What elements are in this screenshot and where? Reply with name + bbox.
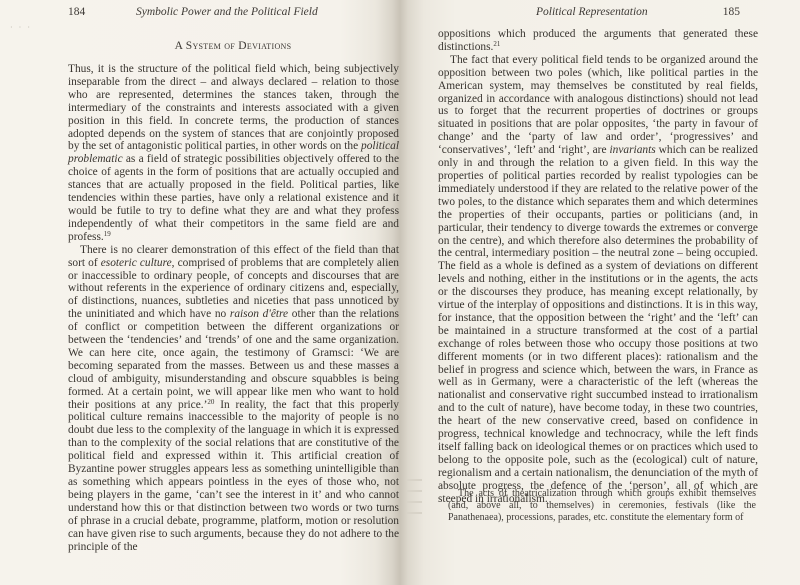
right-body-text: oppositions which produced the arguments… bbox=[438, 28, 758, 506]
paragraph: The fact that every political field tend… bbox=[438, 54, 758, 506]
text-run: The fact that every political field tend… bbox=[438, 54, 758, 156]
footnote-ref: 19 bbox=[104, 230, 111, 238]
running-title: Political Representation bbox=[536, 6, 648, 18]
footnote-ref: 21 bbox=[493, 40, 500, 48]
text-run: Thus, it is the structure of the politic… bbox=[68, 63, 399, 152]
left-body-text: Thus, it is the structure of the politic… bbox=[68, 63, 399, 553]
italic-term: invariants bbox=[609, 144, 655, 156]
paragraph: There is no clearer demonstration of thi… bbox=[68, 244, 399, 554]
paragraph: oppositions which produced the arguments… bbox=[438, 28, 758, 54]
margin-marks bbox=[400, 470, 428, 550]
text-run: In reality, the fact that this properly … bbox=[68, 399, 399, 553]
text-run: oppositions which produced the arguments… bbox=[438, 28, 758, 53]
italic-term: raison d'être bbox=[230, 308, 288, 320]
italic-term: esoteric culture bbox=[101, 257, 172, 269]
section-heading: A System of Deviations bbox=[68, 40, 398, 52]
book-spread: · · · 184 Symbolic Power and the Politic… bbox=[0, 0, 800, 585]
text-run: as a field of strategic possibilities ob… bbox=[68, 153, 399, 242]
text-run: other than the relations of conflict or … bbox=[68, 308, 399, 410]
right-page: Political Representation 185 oppositions… bbox=[400, 0, 800, 585]
paragraph: Thus, it is the structure of the politic… bbox=[68, 63, 399, 244]
page-number: 184 bbox=[68, 6, 85, 18]
left-page: · · · 184 Symbolic Power and the Politic… bbox=[0, 0, 400, 585]
page-number: 185 bbox=[723, 6, 740, 18]
text-run: which can be realized only in and throug… bbox=[438, 144, 758, 504]
scan-speck: · · · bbox=[10, 23, 32, 32]
footnote: The acts of theatricalization through wh… bbox=[448, 488, 756, 525]
running-title: Symbolic Power and the Political Field bbox=[136, 6, 318, 18]
